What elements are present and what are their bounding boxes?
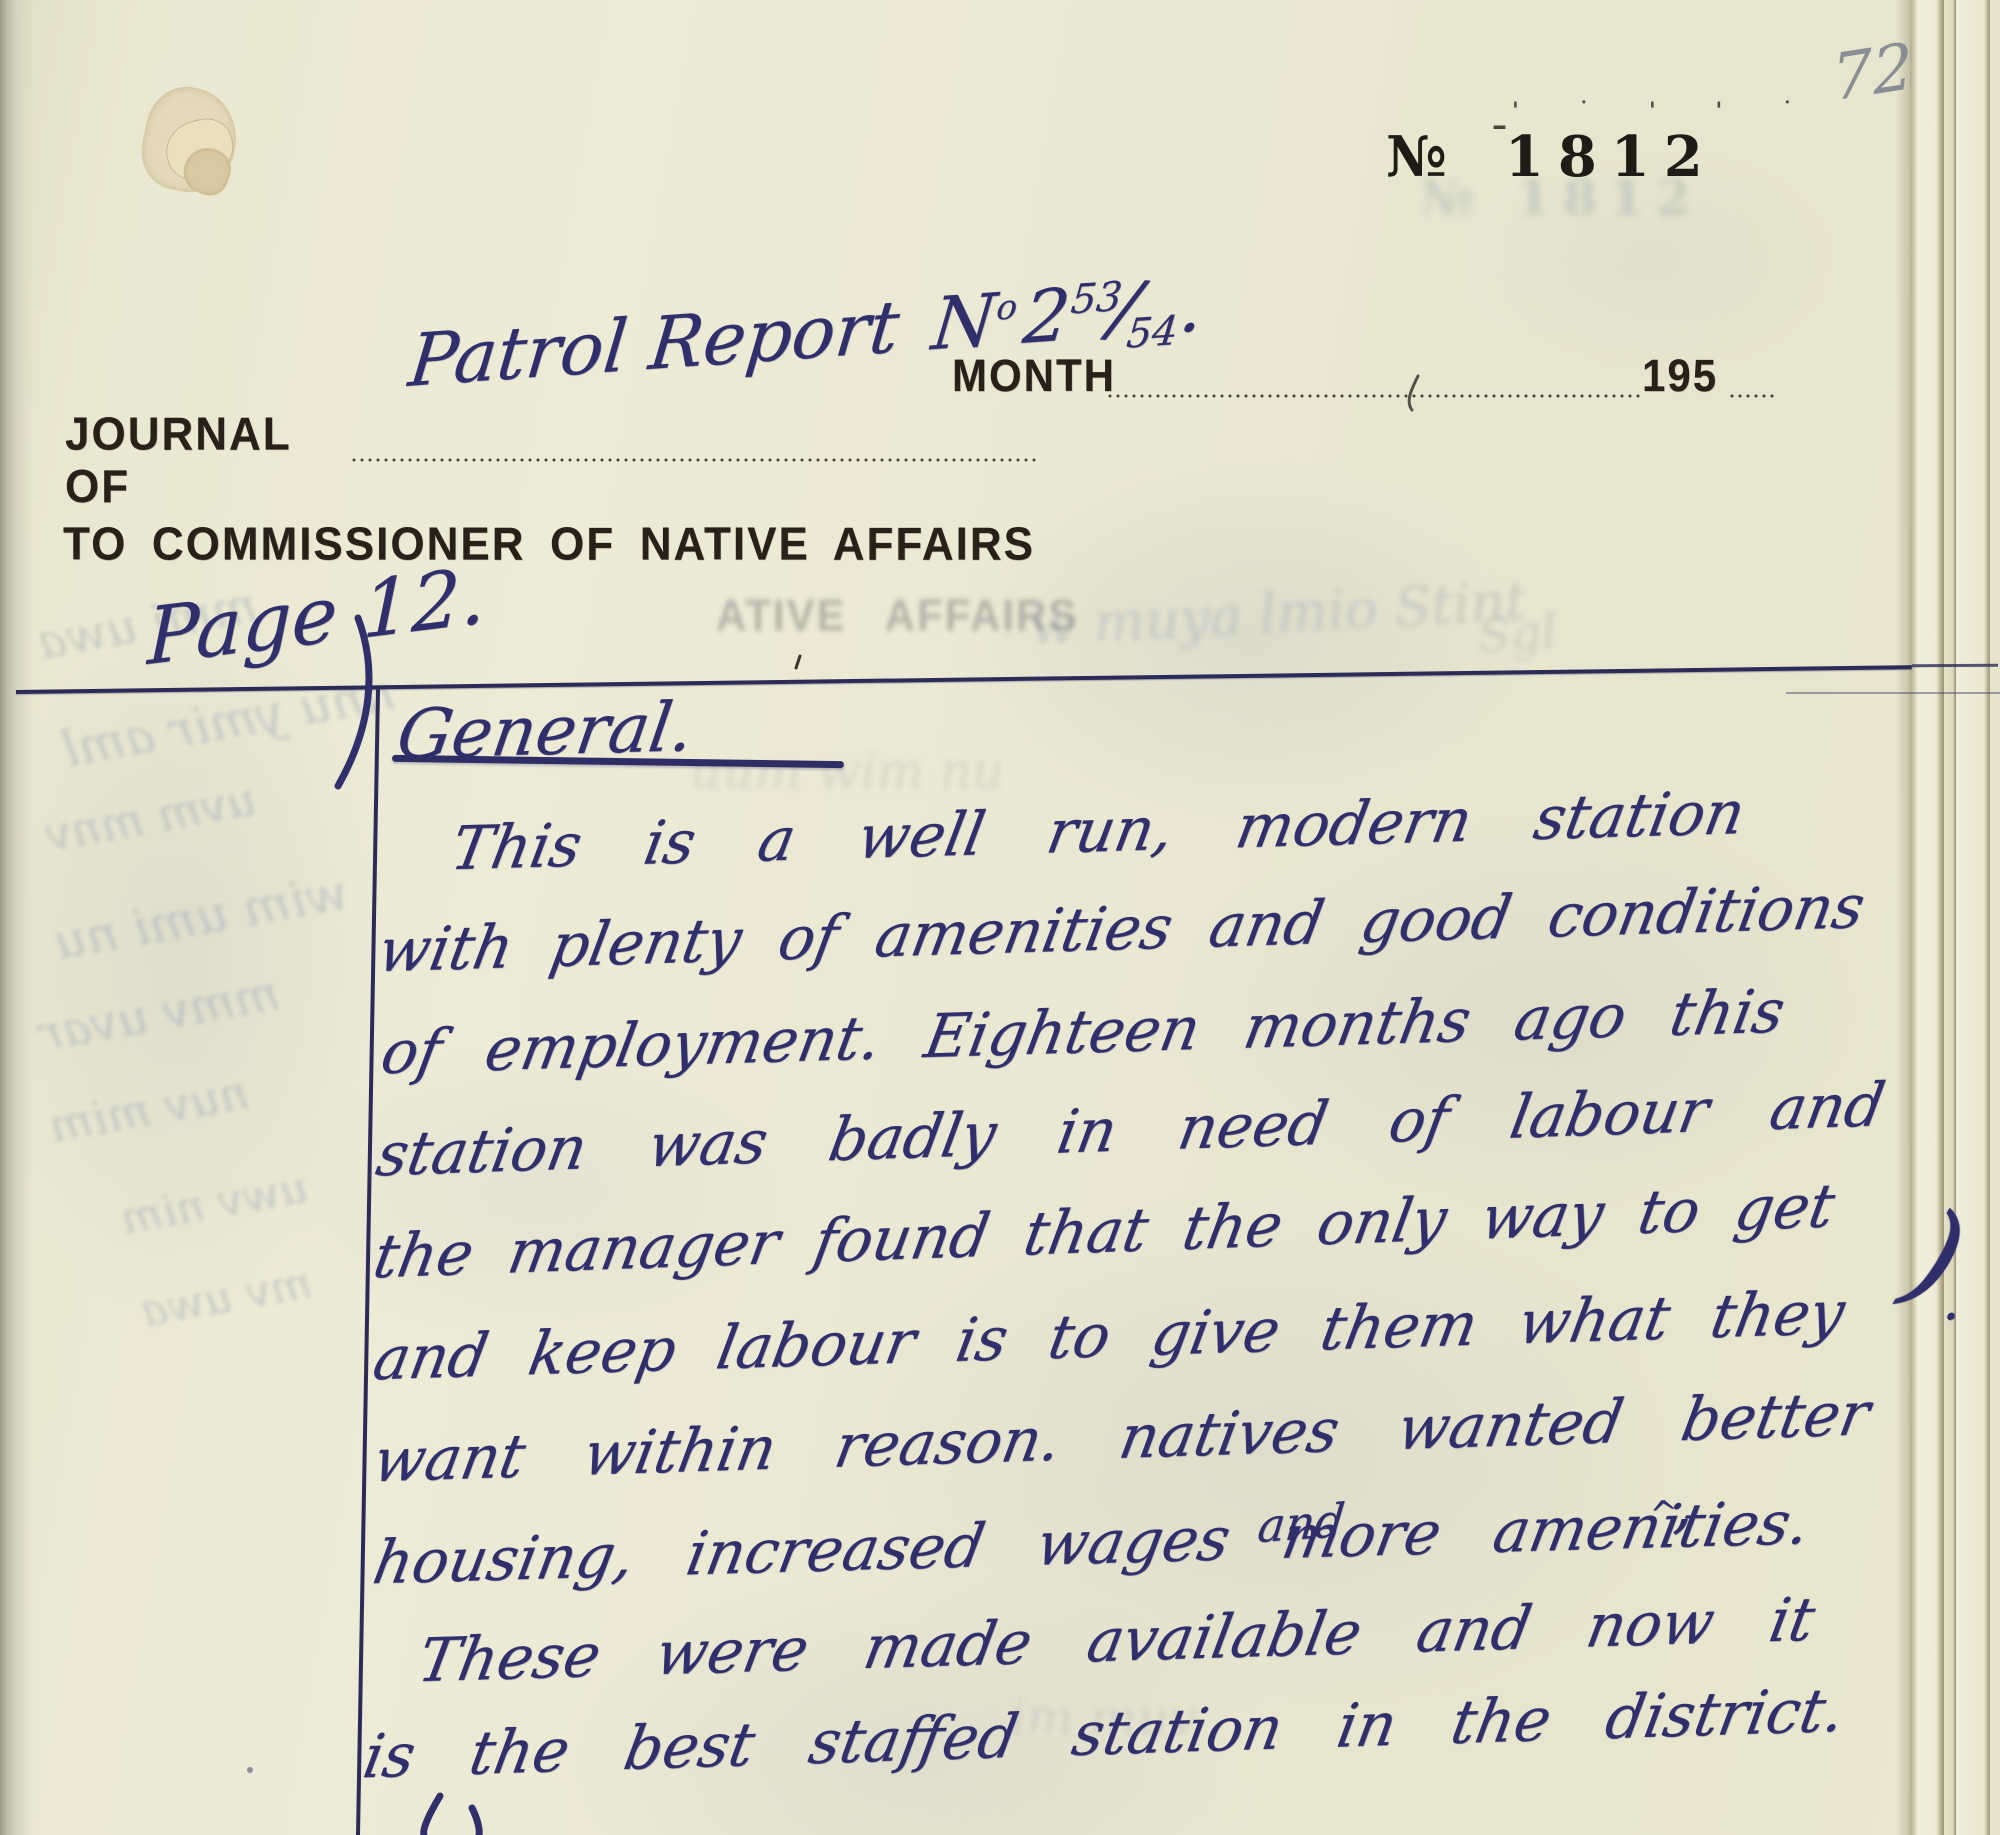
scanned-journal-page: mmi uwa nnu ymir aml uvm mnv wim umi nu … xyxy=(0,0,2000,1835)
page-label-flourish xyxy=(338,618,369,786)
partial-next-line-stroke xyxy=(424,1796,440,1835)
partial-next-line-stroke xyxy=(472,1808,479,1835)
pen-strokes xyxy=(0,0,2000,1835)
small-print-tick xyxy=(796,656,800,668)
ink-speck xyxy=(247,1767,253,1773)
stray-pen-tick xyxy=(1409,376,1418,410)
